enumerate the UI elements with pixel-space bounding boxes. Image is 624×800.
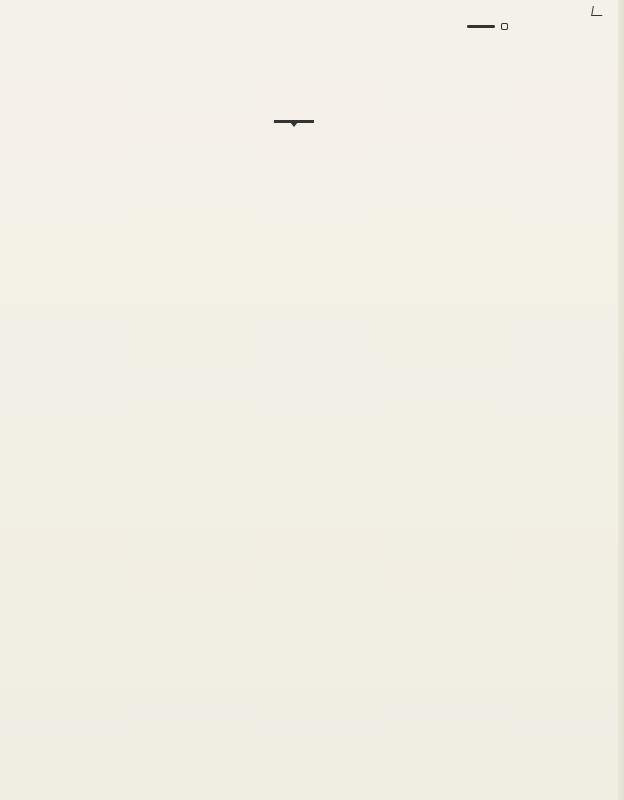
pen-corner-mark: [591, 6, 604, 16]
page-edge: [618, 0, 624, 800]
document-page: [0, 0, 624, 800]
letterhead-ornament-icon: [274, 120, 314, 123]
ink-blot-mark-small: [501, 23, 508, 30]
ink-blot-mark: [467, 25, 495, 28]
